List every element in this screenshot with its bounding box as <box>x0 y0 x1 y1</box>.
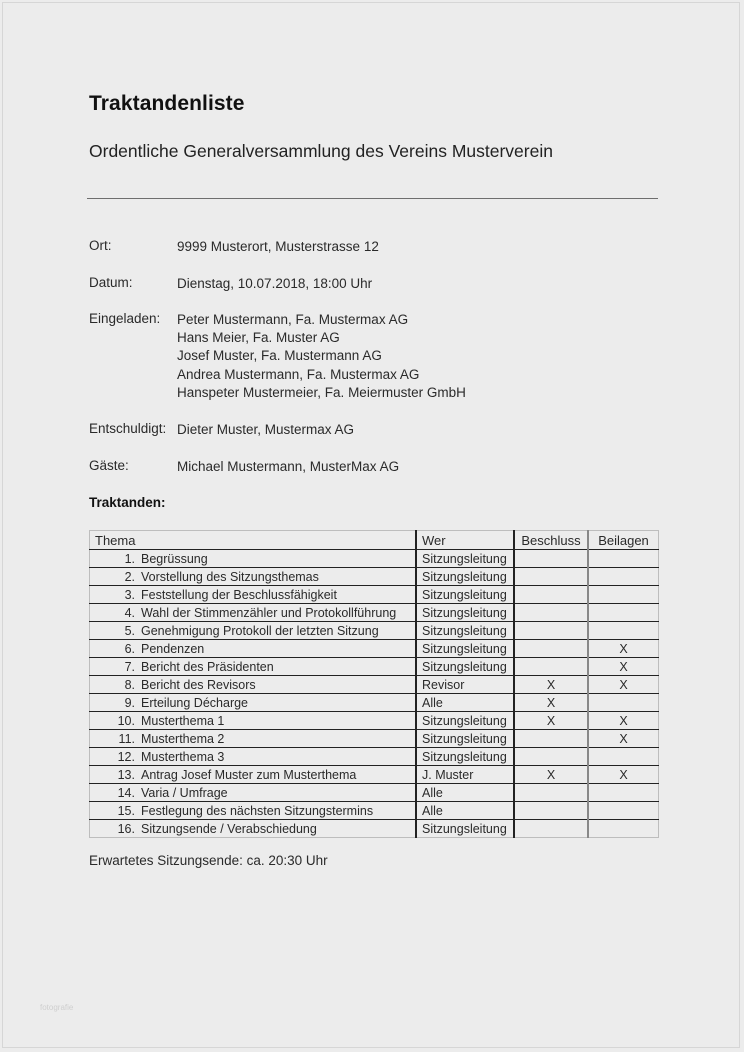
cell-beilagen: X <box>588 766 659 784</box>
cell-beschluss <box>514 748 588 766</box>
item-number: 7. <box>95 660 141 674</box>
item-topic: Festlegung des nächsten Sitzungstermins <box>141 804 373 818</box>
cell-beilagen <box>588 694 659 712</box>
cell-thema: 14.Varia / Umfrage <box>90 784 417 802</box>
divider <box>87 198 658 199</box>
cell-thema: 9.Erteilung Décharge <box>90 694 417 712</box>
cell-beschluss <box>514 604 588 622</box>
item-number: 11. <box>95 732 141 746</box>
expected-end: Erwartetes Sitzungsende: ca. 20:30 Uhr <box>89 853 328 868</box>
item-number: 3. <box>95 588 141 602</box>
eingeladen-list: Peter Mustermann, Fa. Mustermax AG Hans … <box>177 311 466 402</box>
item-topic: Musterthema 1 <box>141 714 224 728</box>
cell-beschluss: X <box>514 694 588 712</box>
item-topic: Wahl der Stimmenzähler und Protokollführ… <box>141 606 396 620</box>
item-topic: Genehmigung Protokoll der letzten Sitzun… <box>141 624 379 638</box>
table-row: 13.Antrag Josef Muster zum MusterthemaJ.… <box>90 766 659 784</box>
col-beilagen: Beilagen <box>588 531 659 550</box>
item-topic: Bericht des Revisors <box>141 678 256 692</box>
invitee: Andrea Mustermann, Fa. Mustermax AG <box>177 366 466 384</box>
cell-wer: J. Muster <box>416 766 514 784</box>
cell-wer: Sitzungsleitung <box>416 604 514 622</box>
cell-wer: Alle <box>416 802 514 820</box>
document-title: Traktandenliste <box>89 92 245 116</box>
table-row: 8.Bericht des RevisorsRevisorXX <box>90 676 659 694</box>
gaeste-value: Michael Mustermann, MusterMax AG <box>177 458 399 476</box>
cell-wer: Sitzungsleitung <box>416 730 514 748</box>
table-row: 16.Sitzungsende / VerabschiedungSitzungs… <box>90 820 659 838</box>
cell-beschluss: X <box>514 766 588 784</box>
cell-beilagen <box>588 784 659 802</box>
datum-label: Datum: <box>89 275 133 290</box>
cell-thema: 15.Festlegung des nächsten Sitzungstermi… <box>90 802 417 820</box>
col-wer: Wer <box>416 531 514 550</box>
cell-beschluss <box>514 820 588 838</box>
table-row: 3.Feststellung der BeschlussfähigkeitSit… <box>90 586 659 604</box>
cell-wer: Sitzungsleitung <box>416 550 514 568</box>
ort-label: Ort: <box>89 238 112 253</box>
cell-beilagen: X <box>588 658 659 676</box>
item-number: 15. <box>95 804 141 818</box>
item-number: 5. <box>95 624 141 638</box>
cell-beschluss <box>514 784 588 802</box>
cell-thema: 13.Antrag Josef Muster zum Musterthema <box>90 766 417 784</box>
invitee: Hanspeter Mustermeier, Fa. Meiermuster G… <box>177 384 466 402</box>
cell-beschluss <box>514 550 588 568</box>
ort-value: 9999 Musterort, Musterstrasse 12 <box>177 238 379 256</box>
cell-wer: Sitzungsleitung <box>416 712 514 730</box>
item-topic: Sitzungsende / Verabschiedung <box>141 822 317 836</box>
cell-beilagen <box>588 568 659 586</box>
cell-beschluss: X <box>514 712 588 730</box>
cell-thema: 1.Begrüssung <box>90 550 417 568</box>
entschuldigt-label: Entschuldigt: <box>89 421 166 436</box>
cell-thema: 3.Feststellung der Beschlussfähigkeit <box>90 586 417 604</box>
cell-thema: 11.Musterthema 2 <box>90 730 417 748</box>
cell-thema: 2.Vorstellung des Sitzungsthemas <box>90 568 417 586</box>
item-topic: Musterthema 3 <box>141 750 224 764</box>
item-topic: Antrag Josef Muster zum Musterthema <box>141 768 356 782</box>
item-number: 9. <box>95 696 141 710</box>
item-topic: Vorstellung des Sitzungsthemas <box>141 570 319 584</box>
cell-beilagen <box>588 604 659 622</box>
cell-thema: 12.Musterthema 3 <box>90 748 417 766</box>
cell-thema: 10.Musterthema 1 <box>90 712 417 730</box>
cell-thema: 6.Pendenzen <box>90 640 417 658</box>
cell-beilagen <box>588 748 659 766</box>
cell-beilagen <box>588 802 659 820</box>
table-row: 6.PendenzenSitzungsleitungX <box>90 640 659 658</box>
item-number: 16. <box>95 822 141 836</box>
agenda-table: Thema Wer Beschluss Beilagen 1.Begrüssun… <box>89 530 659 838</box>
cell-wer: Sitzungsleitung <box>416 820 514 838</box>
table-row: 12.Musterthema 3Sitzungsleitung <box>90 748 659 766</box>
cell-thema: 5.Genehmigung Protokoll der letzten Sitz… <box>90 622 417 640</box>
item-number: 1. <box>95 552 141 566</box>
item-number: 10. <box>95 714 141 728</box>
cell-wer: Sitzungsleitung <box>416 586 514 604</box>
datum-value: Dienstag, 10.07.2018, 18:00 Uhr <box>177 275 372 293</box>
item-topic: Pendenzen <box>141 642 204 656</box>
cell-wer: Alle <box>416 694 514 712</box>
cell-beilagen: X <box>588 676 659 694</box>
cell-wer: Sitzungsleitung <box>416 622 514 640</box>
cell-beschluss <box>514 640 588 658</box>
cell-thema: 7.Bericht des Präsidenten <box>90 658 417 676</box>
table-row: 10.Musterthema 1SitzungsleitungXX <box>90 712 659 730</box>
gaeste-label: Gäste: <box>89 458 129 473</box>
cell-beschluss: X <box>514 676 588 694</box>
cell-thema: 8.Bericht des Revisors <box>90 676 417 694</box>
item-number: 4. <box>95 606 141 620</box>
invitee: Hans Meier, Fa. Muster AG <box>177 329 466 347</box>
cell-beilagen <box>588 622 659 640</box>
item-topic: Begrüssung <box>141 552 208 566</box>
item-number: 13. <box>95 768 141 782</box>
invitee: Josef Muster, Fa. Mustermann AG <box>177 347 466 365</box>
item-topic: Erteilung Décharge <box>141 696 248 710</box>
cell-wer: Alle <box>416 784 514 802</box>
table-row: 4.Wahl der Stimmenzähler und Protokollfü… <box>90 604 659 622</box>
cell-beschluss <box>514 802 588 820</box>
table-header-row: Thema Wer Beschluss Beilagen <box>90 531 659 550</box>
cell-beschluss <box>514 586 588 604</box>
cell-thema: 16.Sitzungsende / Verabschiedung <box>90 820 417 838</box>
table-row: 9.Erteilung DéchargeAlleX <box>90 694 659 712</box>
table-row: 1.BegrüssungSitzungsleitung <box>90 550 659 568</box>
entschuldigt-value: Dieter Muster, Mustermax AG <box>177 421 354 439</box>
item-number: 6. <box>95 642 141 656</box>
document-subtitle: Ordentliche Generalversammlung des Verei… <box>89 141 553 162</box>
col-thema: Thema <box>90 531 417 550</box>
cell-wer: Sitzungsleitung <box>416 640 514 658</box>
item-topic: Feststellung der Beschlussfähigkeit <box>141 588 337 602</box>
cell-beschluss <box>514 658 588 676</box>
item-number: 14. <box>95 786 141 800</box>
cell-wer: Sitzungsleitung <box>416 658 514 676</box>
cell-wer: Sitzungsleitung <box>416 568 514 586</box>
cell-thema: 4.Wahl der Stimmenzähler und Protokollfü… <box>90 604 417 622</box>
cell-beilagen: X <box>588 712 659 730</box>
item-number: 2. <box>95 570 141 584</box>
agenda-heading: Traktanden: <box>89 495 166 510</box>
cell-beschluss <box>514 568 588 586</box>
watermark: fotografie <box>40 1003 73 1012</box>
agenda-body: 1.BegrüssungSitzungsleitung2.Vorstellung… <box>90 550 659 838</box>
table-row: 15.Festlegung des nächsten Sitzungstermi… <box>90 802 659 820</box>
col-beschluss: Beschluss <box>514 531 588 550</box>
cell-beilagen <box>588 550 659 568</box>
table-row: 11.Musterthema 2SitzungsleitungX <box>90 730 659 748</box>
item-topic: Musterthema 2 <box>141 732 224 746</box>
cell-beilagen: X <box>588 640 659 658</box>
table-row: 2.Vorstellung des SitzungsthemasSitzungs… <box>90 568 659 586</box>
cell-beilagen <box>588 586 659 604</box>
eingeladen-label: Eingeladen: <box>89 311 160 326</box>
cell-wer: Sitzungsleitung <box>416 748 514 766</box>
cell-wer: Revisor <box>416 676 514 694</box>
invitee: Peter Mustermann, Fa. Mustermax AG <box>177 311 466 329</box>
item-number: 12. <box>95 750 141 764</box>
table-row: 7.Bericht des PräsidentenSitzungsleitung… <box>90 658 659 676</box>
table-row: 14.Varia / UmfrageAlle <box>90 784 659 802</box>
item-number: 8. <box>95 678 141 692</box>
item-topic: Varia / Umfrage <box>141 786 228 800</box>
cell-beschluss <box>514 730 588 748</box>
cell-beilagen: X <box>588 730 659 748</box>
item-topic: Bericht des Präsidenten <box>141 660 274 674</box>
table-row: 5.Genehmigung Protokoll der letzten Sitz… <box>90 622 659 640</box>
cell-beilagen <box>588 820 659 838</box>
cell-beschluss <box>514 622 588 640</box>
